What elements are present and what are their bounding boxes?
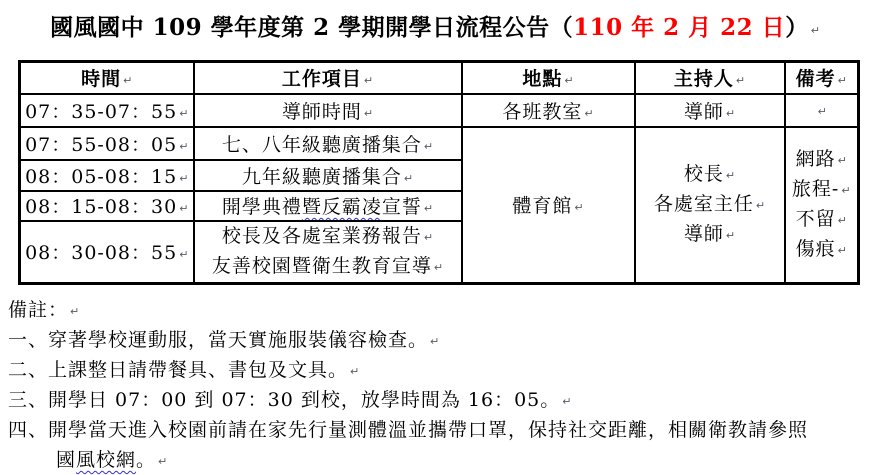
host-line: 校長↵: [636, 160, 784, 190]
note-item-2: 二、上課整日請帶餐具、書包及文具。↵: [8, 355, 870, 385]
note-text: 四、開學當天進入校園前請在家先行量測體溫並攜帶口罩，保持社交距離，相關衛教請參照: [8, 419, 808, 441]
item-value: 開學典禮: [222, 196, 302, 218]
cell-item-2: 七、八年級聽廣播集合↵: [194, 127, 462, 160]
paragraph-mark-icon: ↵: [70, 305, 79, 318]
paragraph-mark-icon: ↵: [726, 107, 735, 120]
item-value: 導師時間: [282, 101, 362, 123]
paragraph-mark-icon: ↵: [838, 244, 847, 257]
header-place-label: 地點: [522, 68, 562, 90]
host-value: 導師: [684, 101, 724, 123]
paragraph-mark-icon: ↵: [756, 199, 765, 212]
note-item-4-continuation: 國風校網。↵: [8, 445, 870, 475]
note-item-1: 一、穿著學校運動服，當天實施服裝儀容檢查。↵: [8, 325, 870, 355]
header-host-label: 主持人: [674, 68, 734, 90]
header-remark: 備考↵: [785, 62, 859, 94]
paragraph-mark-icon: ↵: [838, 214, 847, 227]
cell-item-5: 校長及各處室業務報告↵ 友善校園暨衛生教育宣導↵: [194, 221, 462, 284]
time-value: 08：05-08：15: [25, 166, 177, 188]
paragraph-mark-icon: ↵: [364, 74, 373, 87]
cell-host-1: 導師↵: [635, 94, 785, 127]
paragraph-mark-icon: ↵: [434, 261, 443, 274]
time-value: 07：55-08：05: [25, 134, 177, 156]
note-text: 。: [136, 449, 156, 471]
cell-host-merged: 校長↵ 各處室主任↵ 導師↵: [635, 127, 785, 284]
item-value: 九年級聽廣播集合: [242, 166, 402, 188]
page-title: 國風國中 109 學年度第 2 學期開學日流程公告（110 年 2 月 22 日…: [0, 12, 870, 47]
paragraph-mark-icon: ↵: [584, 107, 593, 120]
host-line: 各處室主任↵: [636, 190, 784, 220]
paragraph-mark-icon: ↵: [726, 229, 735, 242]
place-value: 各班教室: [502, 101, 582, 123]
schedule-table: 時間↵ 工作項目↵ 地點↵ 主持人↵ 備考↵ 07：35-07：55↵ 導師時間…: [18, 60, 860, 285]
cell-place-merged: 體育館↵: [462, 127, 635, 284]
paragraph-mark-icon: ↵: [430, 335, 439, 348]
paragraph-mark-icon: ↵: [811, 24, 820, 37]
header-item-label: 工作項目: [282, 68, 362, 90]
remark-value: 網路: [796, 148, 836, 170]
paragraph-mark-icon: ↵: [574, 201, 583, 214]
cell-time-5: 08：30-08：55↵: [20, 221, 194, 284]
item-value: 校長及各處室業務報告: [222, 225, 422, 247]
notes-heading: 備註：↵: [8, 295, 870, 325]
paragraph-mark-icon: ↵: [123, 74, 132, 87]
paragraph-mark-icon: ↵: [350, 365, 359, 378]
time-value: 07：35-07：55: [25, 101, 177, 123]
item-value: 友善校園暨衛生教育宣導: [212, 255, 432, 277]
paragraph-mark-icon: ↵: [179, 140, 188, 153]
host-value: 校長: [684, 163, 724, 185]
cell-time-2: 07：55-08：05↵: [20, 127, 194, 160]
paragraph-mark-icon: ↵: [818, 105, 827, 118]
title-text: 國風國中 109 學年度第 2 學期開學日流程公告（: [50, 14, 573, 41]
paragraph-mark-icon: ↵: [726, 169, 735, 182]
cell-remark-merged: 網路↵ 旅程-↵ 不留↵ 傷痕↵: [785, 127, 859, 284]
paragraph-mark-icon: ↵: [564, 74, 573, 87]
cell-item-4: 開學典禮暨反霸凌宣誓↵: [194, 191, 462, 221]
title-suffix: ）: [785, 14, 809, 41]
remark-line: 網路↵: [786, 145, 858, 175]
remark-line: 旅程-↵: [786, 175, 858, 205]
table-header-row: 時間↵ 工作項目↵ 地點↵ 主持人↵ 備考↵: [20, 62, 859, 94]
place-value: 體育館: [512, 195, 572, 217]
spellcheck-underline: 暨反霸凌: [302, 196, 382, 218]
header-item: 工作項目↵: [194, 62, 462, 94]
remark-line: 不留↵: [786, 205, 858, 235]
item-value: 宣誓: [382, 196, 422, 218]
note-text: 一、穿著學校運動服，當天實施服裝儀容檢查。: [8, 329, 428, 351]
paragraph-mark-icon: ↵: [838, 74, 847, 87]
paragraph-mark-icon: ↵: [179, 202, 188, 215]
item-value: 七、八年級聽廣播集合: [222, 134, 422, 156]
paragraph-mark-icon: ↵: [404, 172, 413, 185]
notes-heading-label: 備註：: [8, 299, 68, 321]
document-page: 國風國中 109 學年度第 2 學期開學日流程公告（110 年 2 月 22 日…: [0, 12, 870, 475]
table-row: 07：55-08：05↵ 七、八年級聽廣播集合↵ 體育館↵ 校長↵ 各處室主任↵…: [20, 127, 859, 160]
paragraph-mark-icon: ↵: [736, 74, 745, 87]
remark-line: 傷痕↵: [786, 235, 858, 265]
note-text: 三、開學日 07：00 到 07：30 到校，放學時間為 16：05。: [8, 389, 560, 411]
paragraph-mark-icon: ↵: [179, 107, 188, 120]
item-line: 友善校園暨衛生教育宣導↵: [195, 252, 461, 282]
note-text: 二、上課整日請帶餐具、書包及文具。: [8, 359, 348, 381]
header-place: 地點↵: [462, 62, 635, 94]
paragraph-mark-icon: ↵: [424, 202, 433, 215]
paragraph-mark-icon: ↵: [364, 107, 373, 120]
paragraph-mark-icon: ↵: [424, 231, 433, 244]
paragraph-mark-icon: ↵: [179, 248, 188, 261]
note-item-4: 四、開學當天進入校園前請在家先行量測體溫並攜帶口罩，保持社交距離，相關衛教請參照: [8, 415, 870, 445]
table-row: 07：35-07：55↵ 導師時間↵ 各班教室↵ 導師↵ ↵: [20, 94, 859, 127]
cell-item-1: 導師時間↵: [194, 94, 462, 127]
header-host: 主持人↵: [635, 62, 785, 94]
paragraph-mark-icon: ↵: [424, 140, 433, 153]
paragraph-mark-icon: ↵: [841, 184, 850, 197]
cell-time-3: 08：05-08：15↵: [20, 160, 194, 191]
remark-value: 傷痕: [796, 238, 836, 260]
note-item-3: 三、開學日 07：00 到 07：30 到校，放學時間為 16：05。↵: [8, 385, 870, 415]
time-value: 08：15-08：30: [25, 196, 177, 218]
host-value: 導師: [684, 223, 724, 245]
header-time: 時間↵: [20, 62, 194, 94]
time-value: 08：30-08：55: [25, 242, 177, 264]
remark-value: 不留: [796, 208, 836, 230]
paragraph-mark-icon: ↵: [838, 154, 847, 167]
note-text: 國: [56, 449, 76, 471]
spellcheck-underline: 風校網: [76, 449, 136, 471]
header-remark-label: 備考: [796, 68, 836, 90]
paragraph-mark-icon: ↵: [158, 455, 167, 468]
notes-section: 備註：↵ 一、穿著學校運動服，當天實施服裝儀容檢查。↵ 二、上課整日請帶餐具、書…: [8, 295, 870, 475]
remark-value: 旅程-: [792, 178, 839, 200]
item-line: 校長及各處室業務報告↵: [195, 222, 461, 252]
header-time-label: 時間: [81, 68, 121, 90]
cell-time-1: 07：35-07：55↵: [20, 94, 194, 127]
cell-item-3: 九年級聽廣播集合↵: [194, 160, 462, 191]
cell-remark-1: ↵: [785, 94, 859, 127]
title-date: 110 年 2 月 22 日: [573, 14, 785, 41]
paragraph-mark-icon: ↵: [562, 395, 571, 408]
host-line: 導師↵: [636, 220, 784, 250]
host-value: 各處室主任: [654, 193, 754, 215]
cell-place-1: 各班教室↵: [462, 94, 635, 127]
paragraph-mark-icon: ↵: [179, 172, 188, 185]
cell-time-4: 08：15-08：30↵: [20, 191, 194, 221]
